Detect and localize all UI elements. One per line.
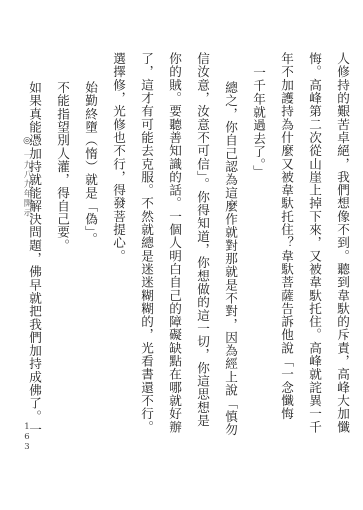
text-column-2: 悔。高峰第二次從山崖上掉下來，又被韋馱托住。高峰就詫異一千	[307, 52, 322, 433]
text-column-6: 信汝意，汝意不可信」。你得知道，你想做的這一切，你這思想是	[195, 52, 210, 427]
ornament-icon: ◎	[22, 136, 32, 147]
page-number: 1 6 3	[22, 422, 32, 452]
page-number-digit: 1	[22, 422, 32, 432]
text-column-4: 一千年就過去了。」	[251, 66, 266, 178]
text-column-7: 你的賊。要聽善知識的話。一個人明白自己的障礙缺點在哪就好辦	[167, 52, 182, 433]
text-column-12: 如果真能憑加持就能解決問題，佛早就把我們加持成佛了。一	[27, 81, 42, 436]
book-page: 人修持的艱苦卓絕，我們想像不到。聽到韋馱的斥責，高峰大加懺 悔。高峰第二次從山崖…	[0, 0, 363, 510]
text-column-3: 年不加護持為什麼又被韋馱托住？韋馱菩薩告訴他說「一念懺悔	[279, 52, 294, 420]
page-number-digit: 6	[22, 432, 32, 442]
text-column-9: 選擇修，光修也不行，得發菩提心。	[111, 52, 126, 262]
text-column-1: 人修持的艱苦卓絕，我們想像不到。聽到韋馱的斥責，高峰大加懺	[335, 52, 350, 433]
text-column-8: 了，這才有可能去克服。不然就總是迷迷糊糊的，光看書還不行。	[139, 52, 154, 433]
text-column-5: 總之，你自己認為這麼作就對那就是不對，因為經上說「慎勿	[223, 81, 238, 436]
running-header: ◎一九八九年開示	[21, 136, 33, 218]
text-column-10: 始勤終墮（惰）就是「偽」。	[83, 81, 98, 246]
running-title: 一九八九年開示	[22, 151, 32, 218]
page-number-digit: 3	[22, 442, 32, 452]
text-column-11: 不能指望別人灌，得自己要。	[55, 81, 70, 252]
